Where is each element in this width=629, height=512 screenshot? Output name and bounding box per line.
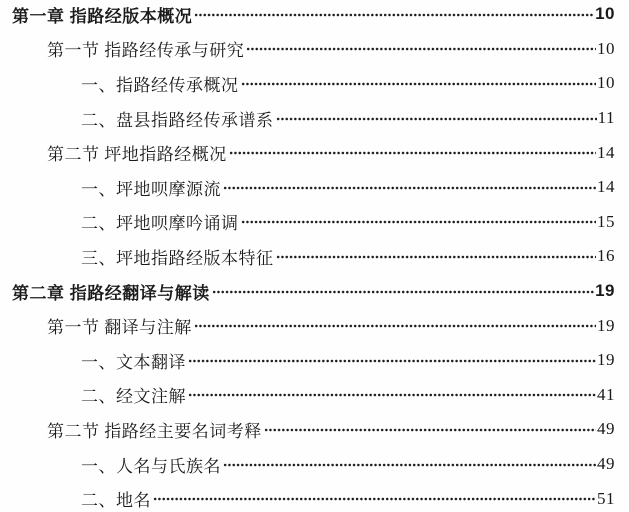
toc-entry: 第一章 指路经版本概况 10 xyxy=(0,0,629,32)
page-number: 41 xyxy=(597,385,615,405)
toc-entry-label: 一、人名与氏族名 xyxy=(81,452,221,477)
toc-entry-label: 一、指路经传承概况 xyxy=(81,71,239,96)
dot-leader xyxy=(276,110,597,127)
toc-entry-label: 第二节 坪地指路经概况 xyxy=(47,140,227,165)
dot-leader xyxy=(264,421,596,438)
page-number: 14 xyxy=(597,143,615,163)
toc-entry-label: 二、地名 xyxy=(81,486,151,511)
scanned-toc-page: 第一章 指路经版本概况 10 第一节 指路经传承与研究 10 一、指路经传承概况… xyxy=(0,0,629,512)
page-number: 11 xyxy=(598,108,615,128)
toc-entry-label: 第一章 指路经版本概况 xyxy=(12,2,192,27)
page-number: 49 xyxy=(597,454,615,474)
dot-leader xyxy=(153,491,596,508)
toc-entry: 第二节 指路经主要名词考释 49 xyxy=(0,412,629,447)
toc-entry-label: 第二节 指路经主要名词考释 xyxy=(47,417,262,442)
toc-entry-label: 一、文本翻译 xyxy=(81,348,186,373)
page-number: 19 xyxy=(597,316,615,336)
dot-leader xyxy=(194,318,596,335)
page-number: 10 xyxy=(597,73,615,93)
toc-entry: 一、文本翻译 19 xyxy=(0,343,629,378)
dot-leader xyxy=(194,6,594,23)
toc-entry-label: 二、经文注解 xyxy=(81,382,186,407)
page-number: 19 xyxy=(595,281,615,301)
toc-entry: 二、经文注解 41 xyxy=(0,378,629,413)
dot-leader xyxy=(229,145,596,162)
toc-entry: 三、坪地指路经版本特征 16 xyxy=(0,239,629,274)
toc-entry: 第一节 指路经传承与研究 10 xyxy=(0,32,629,67)
page-number: 16 xyxy=(597,246,615,266)
dot-leader xyxy=(188,387,596,404)
dot-leader xyxy=(223,456,596,473)
toc-entry: 一、坪地呗摩源流 14 xyxy=(0,170,629,205)
toc-entry: 第二章 指路经翻译与解读 19 xyxy=(0,274,629,309)
toc-entry-label: 第一节 指路经传承与研究 xyxy=(47,36,244,61)
toc-entry: 一、人名与氏族名 49 xyxy=(0,447,629,482)
toc-entry: 第一节 翻译与注解 19 xyxy=(0,308,629,343)
page-number: 49 xyxy=(597,419,615,439)
toc-entry: 二、坪地呗摩吟诵调 15 xyxy=(0,205,629,240)
dot-leader xyxy=(241,75,597,92)
toc-entry-label: 第二章 指路经翻译与解读 xyxy=(12,279,210,304)
toc-entry-label: 二、盘县指路经传承谱系 xyxy=(81,106,274,131)
toc-entry: 二、地名 51 xyxy=(0,481,629,512)
dot-leader xyxy=(212,283,594,300)
toc-entry-label: 二、坪地呗摩吟诵调 xyxy=(81,209,239,234)
dot-leader xyxy=(241,214,597,231)
page-number: 14 xyxy=(597,177,615,197)
toc-entry: 二、盘县指路经传承谱系 11 xyxy=(0,101,629,136)
page-number: 10 xyxy=(597,39,615,59)
toc-entry-label: 一、坪地呗摩源流 xyxy=(81,175,221,200)
dot-leader xyxy=(276,248,597,265)
toc-entry: 一、指路经传承概况 10 xyxy=(0,66,629,101)
dot-leader xyxy=(246,41,596,58)
page-number: 19 xyxy=(597,350,615,370)
dot-leader xyxy=(188,352,596,369)
toc-entry: 第二节 坪地指路经概况 14 xyxy=(0,135,629,170)
toc-entry-label: 三、坪地指路经版本特征 xyxy=(81,244,274,269)
dot-leader xyxy=(223,179,596,196)
table-of-contents: 第一章 指路经版本概况 10 第一节 指路经传承与研究 10 一、指路经传承概况… xyxy=(0,0,629,512)
page-number: 10 xyxy=(595,4,615,24)
toc-entry-label: 第一节 翻译与注解 xyxy=(47,313,192,338)
page-number: 51 xyxy=(597,489,615,509)
page-number: 15 xyxy=(597,212,615,232)
